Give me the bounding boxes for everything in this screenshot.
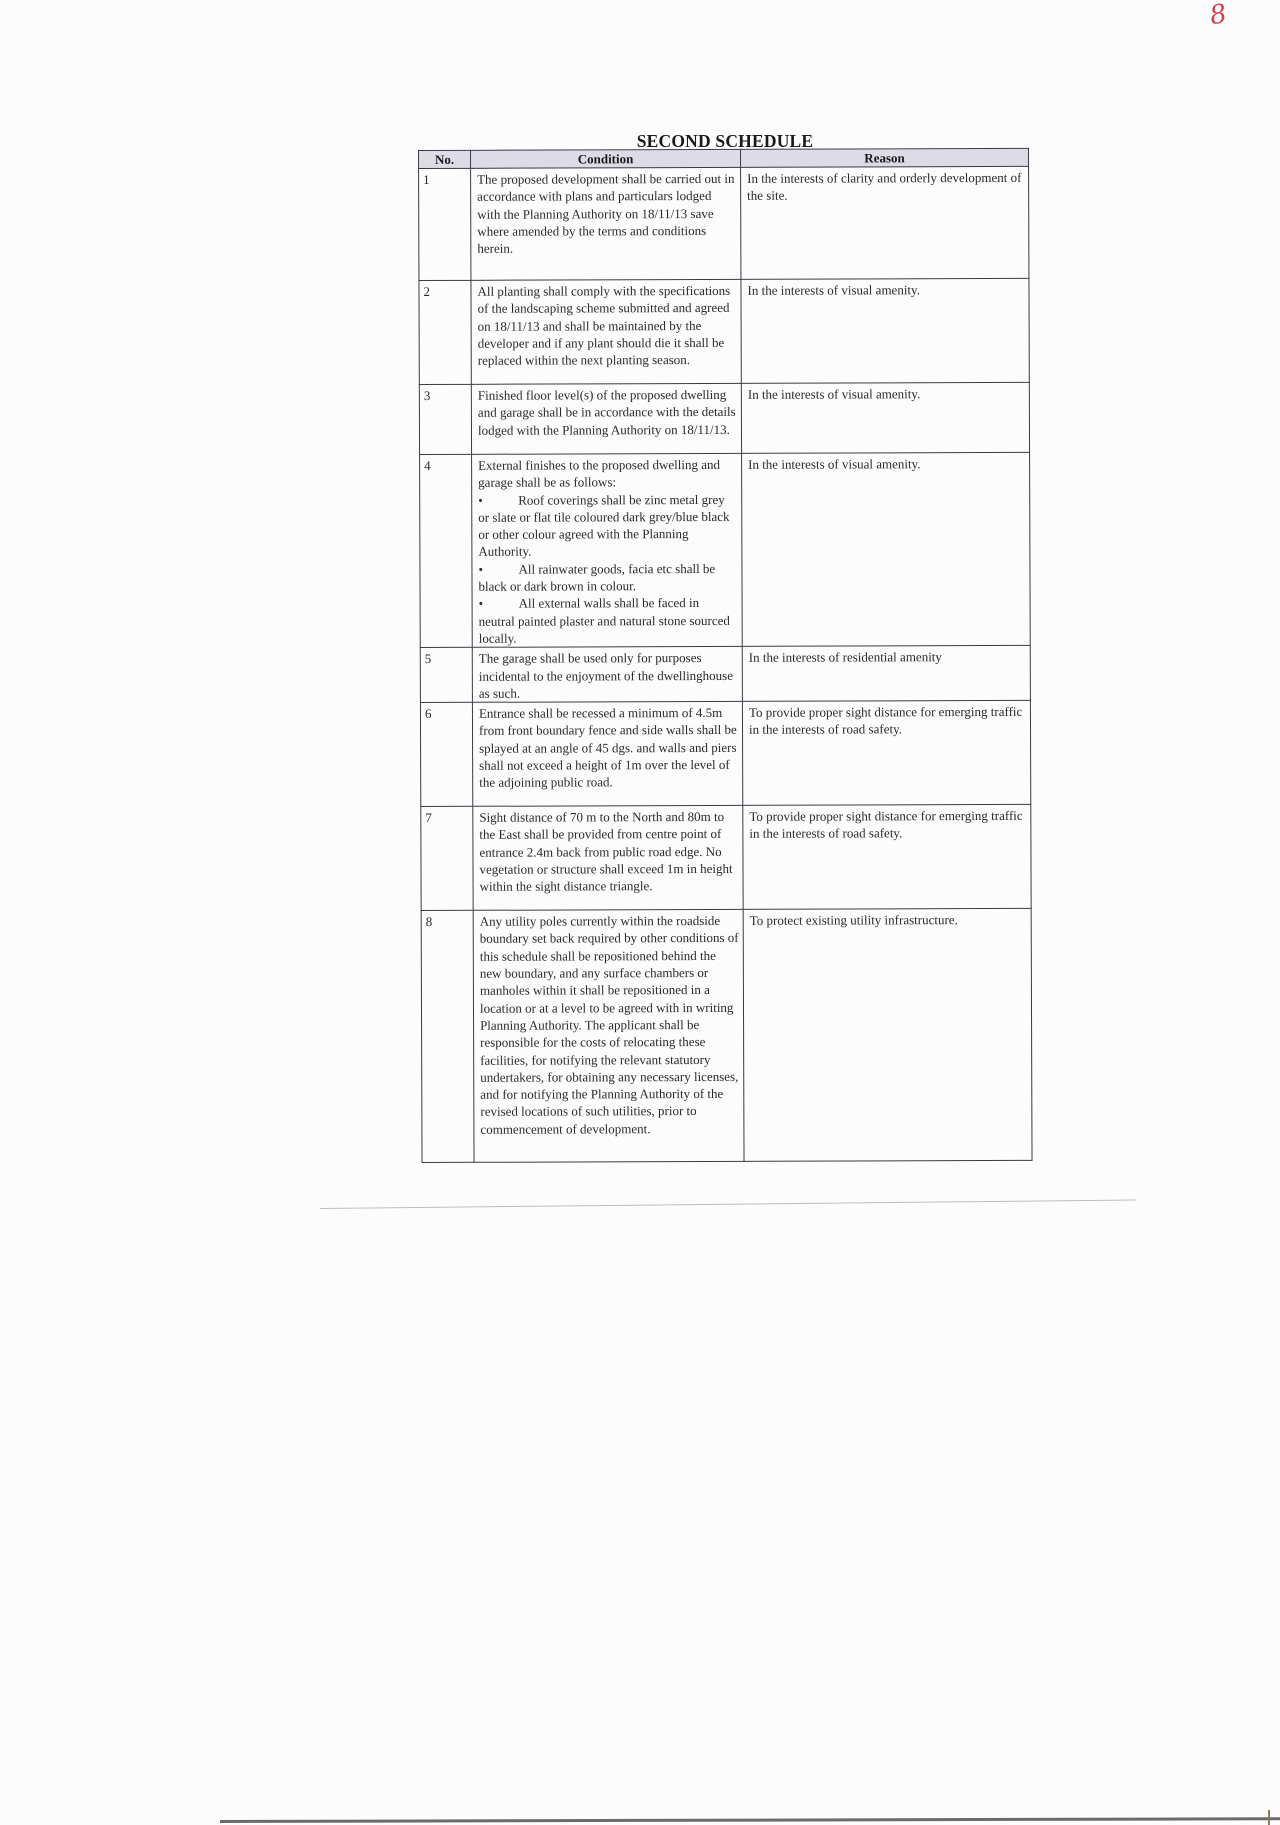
reason-text: In the interests of visual amenity. [742, 452, 1031, 646]
condition-intro: External finishes to the proposed dwelli… [478, 457, 720, 490]
header-no: No. [419, 150, 471, 168]
reason-text: In the interests of clarity and orderly … [741, 166, 1029, 279]
bullet-icon: • [478, 560, 518, 577]
condition-number: 8 [421, 910, 474, 1162]
header-condition: Condition [471, 149, 741, 168]
table-row: 5 The garage shall be used only for purp… [420, 646, 1030, 703]
condition-number: 5 [420, 648, 472, 703]
condition-number: 4 [420, 454, 473, 647]
page-corner-mark [1268, 1810, 1270, 1825]
page-bottom-edge [220, 1817, 1280, 1823]
table-row: 3 Finished floor level(s) of the propose… [419, 382, 1029, 454]
table-header-row: No. Condition Reason [419, 148, 1029, 168]
condition-bullet: •All rainwater goods, facia etc shall be… [478, 560, 737, 595]
condition-number: 3 [419, 384, 471, 454]
reason-text: In the interests of visual amenity. [741, 278, 1029, 383]
condition-text: All planting shall comply with the speci… [471, 279, 741, 384]
table-row: 6 Entrance shall be recessed a minimum o… [420, 701, 1030, 807]
table-row: 8 Any utility poles currently within the… [421, 909, 1032, 1163]
handwritten-page-number: 8 [1208, 0, 1230, 31]
bullet-icon: • [479, 595, 519, 612]
conditions-table: No. Condition Reason 1 The proposed deve… [418, 148, 1033, 1163]
condition-bullet: •Roof coverings shall be zinc metal grey… [478, 490, 737, 560]
condition-bullet: •All external walls shall be faced in ne… [479, 594, 738, 647]
table-row: 7 Sight distance of 70 m to the North an… [421, 805, 1031, 911]
condition-number: 2 [419, 280, 471, 384]
reason-text: To protect existing utility infrastructu… [743, 909, 1032, 1162]
reason-text: To provide proper sight distance for eme… [743, 805, 1031, 910]
condition-number: 6 [420, 702, 472, 806]
condition-text: Any utility poles currently within the r… [473, 910, 744, 1163]
condition-text: Finished floor level(s) of the proposed … [471, 383, 741, 454]
condition-text: Entrance shall be recessed a minimum of … [472, 702, 742, 807]
condition-text: External finishes to the proposed dwelli… [472, 453, 743, 647]
condition-text: The garage shall be used only for purpos… [472, 647, 742, 703]
bullet-icon: • [478, 491, 518, 508]
reason-text: In the interests of visual amenity. [741, 382, 1029, 453]
reason-text: To provide proper sight distance for eme… [742, 701, 1030, 806]
table-row: 2 All planting shall comply with the spe… [419, 278, 1029, 384]
reason-text: In the interests of residential amenity [742, 646, 1030, 702]
condition-number: 1 [419, 168, 471, 280]
table-row: 1 The proposed development shall be carr… [419, 166, 1029, 280]
horizontal-divider [320, 1199, 1136, 1209]
condition-text: The proposed development shall be carrie… [471, 167, 741, 280]
table-row: 4 External finishes to the proposed dwel… [420, 452, 1031, 647]
condition-text: Sight distance of 70 m to the North and … [473, 806, 743, 911]
condition-number: 7 [421, 806, 473, 910]
header-reason: Reason [740, 148, 1028, 167]
